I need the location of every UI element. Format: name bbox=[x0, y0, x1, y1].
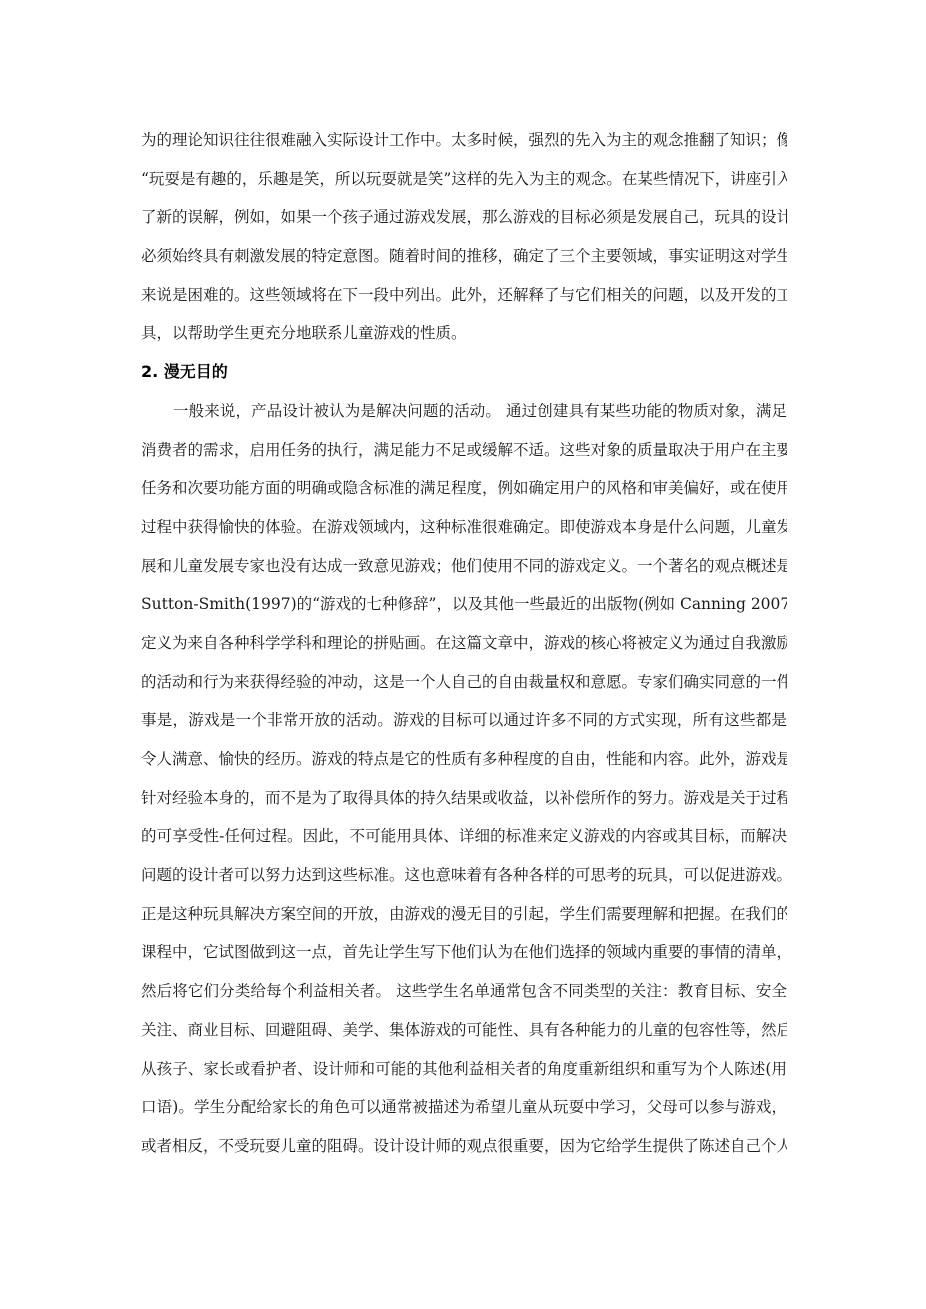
text-line: 过程中获得愉快的体验。在游戏领域内，这种标准很难确定。即使游戏本身是什么问题，儿… bbox=[141, 515, 787, 554]
text-line: 针对经验本身的，而不是为了取得具体的持久结果或收益，以补偿所作的努力。游戏是关于… bbox=[141, 786, 787, 825]
text-line: 具，以帮助学生更充分地联系儿童游戏的性质。 bbox=[141, 321, 787, 360]
text-line: 消费者的需求，启用任务的执行，满足能力不足或缓解不适。这些对象的质量取决于用户在… bbox=[141, 438, 787, 477]
document-page: 为的理论知识往往很难融入实际设计工作中。太多时候，强烈的先入为主的观念推翻了知识… bbox=[141, 128, 787, 1173]
text-line: 任务和次要功能方面的明确或隐含标准的满足程度，例如确定用户的风格和审美偏好，或在… bbox=[141, 476, 787, 515]
paragraph-intro: 为的理论知识往往很难融入实际设计工作中。太多时候，强烈的先入为主的观念推翻了知识… bbox=[141, 128, 787, 360]
text-line: “玩耍是有趣的，乐趣是笑，所以玩耍就是笑”这样的先入为主的观念。在某些情况下，讲… bbox=[141, 167, 787, 206]
text-line: 一般来说，产品设计被认为是解决问题的活动。 通过创建具有某些功能的物质对象，满足 bbox=[141, 399, 787, 438]
text-line: 展和儿童发展专家也没有达成一致意见游戏；他们使用不同的游戏定义。一个著名的观点概… bbox=[141, 554, 787, 593]
text-line: 问题的设计者可以努力达到这些标准。这也意味着有各种各样的可思考的玩具，可以促进游… bbox=[141, 863, 787, 902]
text-line: 定义为来自各种科学学科和理论的拼贴画。在这篇文章中，游戏的核心将被定义为通过自我… bbox=[141, 631, 787, 670]
text-line: 了新的误解，例如，如果一个孩子通过游戏发展，那么游戏的目标必须是发展自己，玩具的… bbox=[141, 205, 787, 244]
text-line: 从孩子、家长或看护者、设计师和可能的其他利益相关者的角度重新组织和重写为个人陈述… bbox=[141, 1057, 787, 1096]
paragraph-aimlessness: 一般来说，产品设计被认为是解决问题的活动。 通过创建具有某些功能的物质对象，满足… bbox=[141, 399, 787, 1173]
text-line: 关注、商业目标、回避阻碍、美学、集体游戏的可能性、具有各种能力的儿童的包容性等，… bbox=[141, 1018, 787, 1057]
text-line: 口语)。学生分配给家长的角色可以通常被描述为希望儿童从玩耍中学习，父母可以参与游… bbox=[141, 1095, 787, 1134]
section-heading: 2. 漫无目的 bbox=[141, 360, 787, 399]
text-line: 事是，游戏是一个非常开放的活动。游戏的目标可以通过许多不同的方式实现，所有这些都… bbox=[141, 708, 787, 747]
text-line: 课程中，它试图做到这一点，首先让学生写下他们认为在他们选择的领域内重要的事情的清… bbox=[141, 940, 787, 979]
text-line: Sutton-Smith(1997)的“游戏的七种修辞”，以及其他一些最近的出版… bbox=[141, 592, 787, 631]
text-line: 正是这种玩具解决方案空间的开放，由游戏的漫无目的引起，学生们需要理解和把握。在我… bbox=[141, 902, 787, 941]
text-line: 必须始终具有刺激发展的特定意图。随着时间的推移，确定了三个主要领域，事实证明这对… bbox=[141, 244, 787, 283]
text-line: 来说是困难的。这些领域将在下一段中列出。此外，还解释了与它们相关的问题，以及开发… bbox=[141, 283, 787, 322]
text-line: 的可享受性-任何过程。因此，不可能用具体、详细的标准来定义游戏的内容或其目标，而… bbox=[141, 824, 787, 863]
text-line: 为的理论知识往往很难融入实际设计工作中。太多时候，强烈的先入为主的观念推翻了知识… bbox=[141, 128, 787, 167]
text-line: 令人满意、愉快的经历。游戏的特点是它的性质有多种程度的自由，性能和内容。此外，游… bbox=[141, 747, 787, 786]
text-line: 然后将它们分类给每个利益相关者。 这些学生名单通常包含不同类型的关注：教育目标、… bbox=[141, 979, 787, 1018]
text-line: 的活动和行为来获得经验的冲动，这是一个人自己的自由裁量权和意愿。专家们确实同意的… bbox=[141, 670, 787, 709]
text-line: 或者相反，不受玩耍儿童的阻碍。设计设计师的观点很重要，因为它给学生提供了陈述自己… bbox=[141, 1134, 787, 1173]
